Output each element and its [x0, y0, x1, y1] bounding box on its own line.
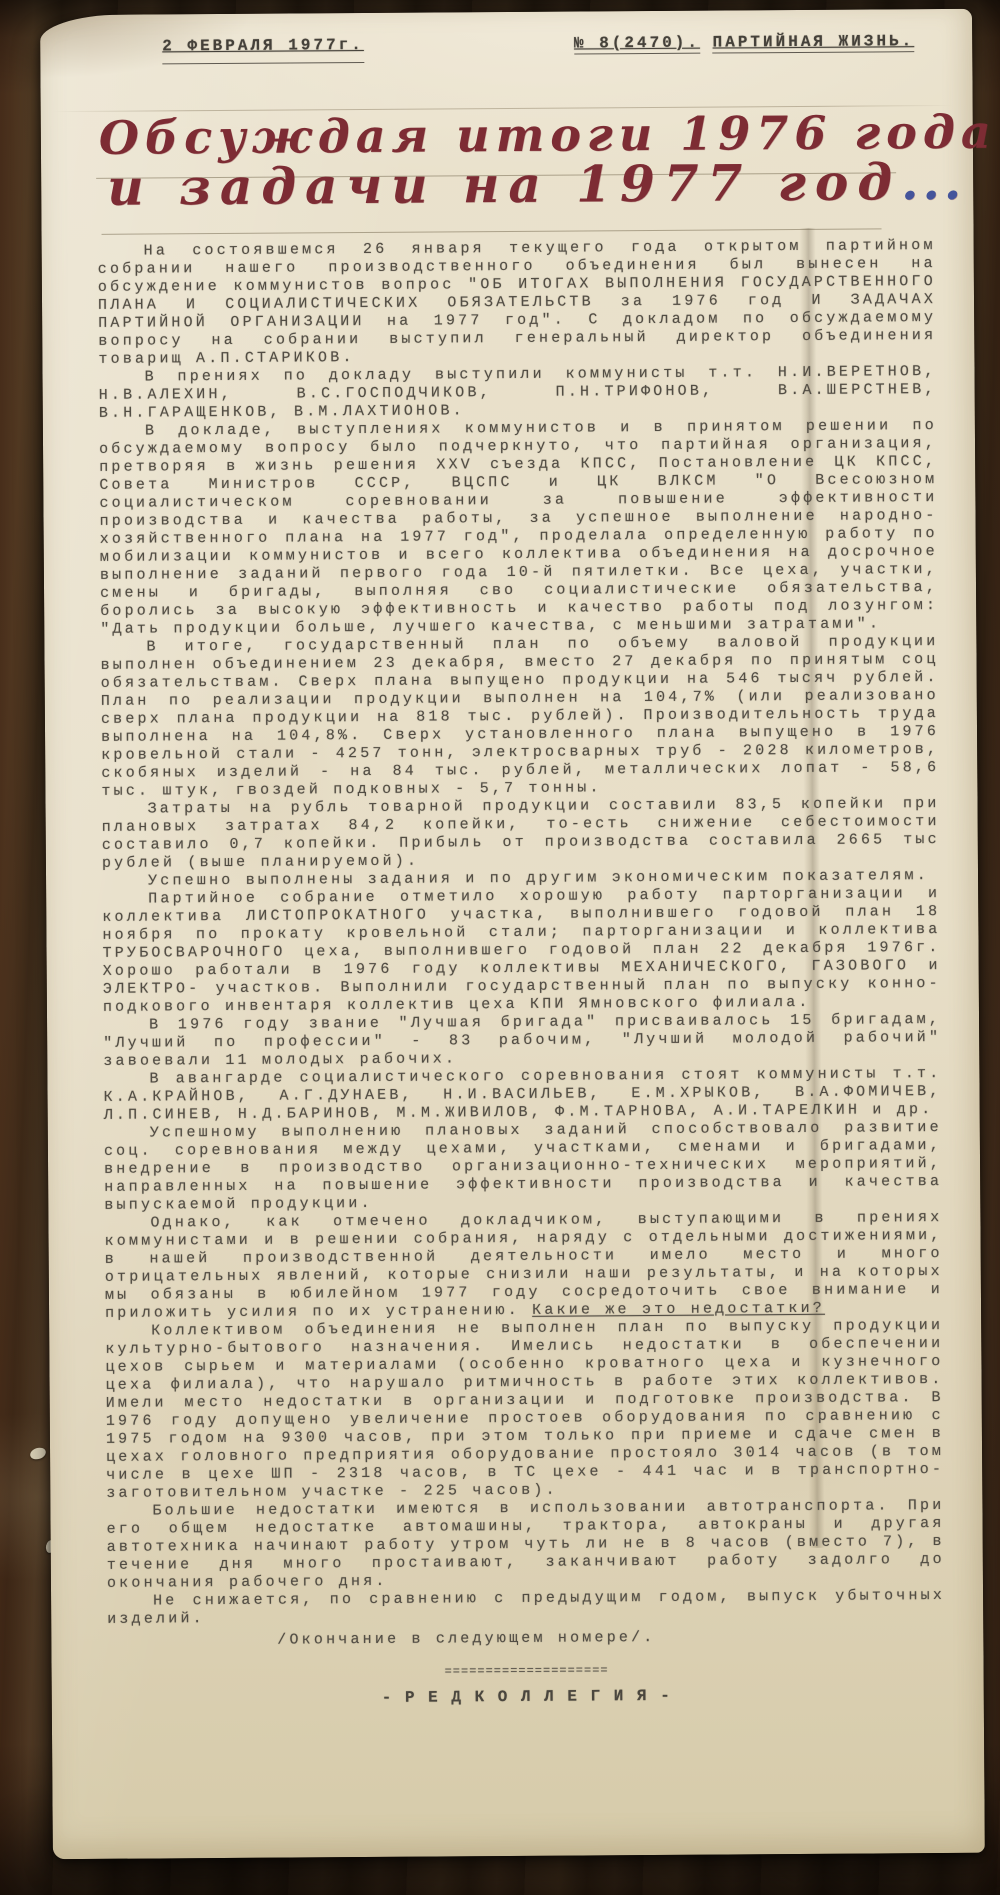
paragraph: Большие недостатки имеются в использован…	[106, 1497, 945, 1593]
issue-number: № 8(2470).	[574, 33, 700, 55]
editorial-signature: - Р Е Д К О Л Л Е Г И Я -	[108, 1685, 946, 1709]
paragraph: В 1976 году звание "Лучшая бригада" прис…	[103, 1011, 941, 1071]
closing-note: /Окончание в следующем номере/.	[107, 1627, 945, 1651]
rubric-title: ПАРТИЙНАЯ ЖИЗНЬ.	[713, 31, 915, 53]
pencil-guide-line	[102, 228, 882, 234]
paragraph: Успешному выполнению плановых заданий сп…	[104, 1119, 943, 1215]
paragraph: В итоге, государственный план по объему …	[100, 633, 939, 801]
paragraph: В докладе, выступлениях коммунистов и в …	[99, 417, 938, 639]
headline-ellipsis: ...	[901, 152, 966, 211]
paragraph: На состоявшемся 26 января текущего года …	[98, 237, 937, 369]
paragraph: В прениях по докладу выступили коммунист…	[98, 363, 936, 423]
headline-line2-text: и задачи на 1977 год	[107, 152, 901, 217]
masthead: 2 ФЕВРАЛЯ 1977г. № 8(2470). ПАРТИЙНАЯ ЖИ…	[40, 31, 972, 66]
headline-line2: и задачи на 1977 год...	[107, 155, 939, 215]
masthead-right: № 8(2470). ПАРТИЙНАЯ ЖИЗНЬ.	[574, 31, 914, 61]
paragraph: Партийное собрание отметило хорошую рабо…	[102, 885, 941, 1017]
issue-date: 2 ФЕВРАЛЯ 1977г.	[162, 35, 364, 64]
newspaper-sheet: 2 ФЕВРАЛЯ 1977г. № 8(2470). ПАРТИЙНАЯ ЖИ…	[40, 9, 985, 1859]
paragraph: Коллективом объединения не выполнен план…	[105, 1317, 944, 1503]
article-body: На состоявшемся 26 января текущего года …	[98, 237, 946, 1709]
paragraph: Однако, как отмечено докладчиком, выступ…	[104, 1209, 943, 1323]
paragraph: В авангарде социалистического соревнован…	[103, 1065, 941, 1125]
typed-divider: ====================	[108, 1659, 946, 1683]
paragraph: Затраты на рубль товарной продукции сост…	[101, 795, 939, 873]
headline: Обсуждая итоги 1976 года и задачи на 197…	[99, 109, 940, 215]
paragraph: Не снижается, по сравнению с предыдущим …	[107, 1587, 945, 1629]
photo-scene: 2 ФЕВРАЛЯ 1977г. № 8(2470). ПАРТИЙНАЯ ЖИ…	[0, 0, 1000, 1895]
underlined-question: Какие же это недостатки?	[532, 1300, 825, 1319]
